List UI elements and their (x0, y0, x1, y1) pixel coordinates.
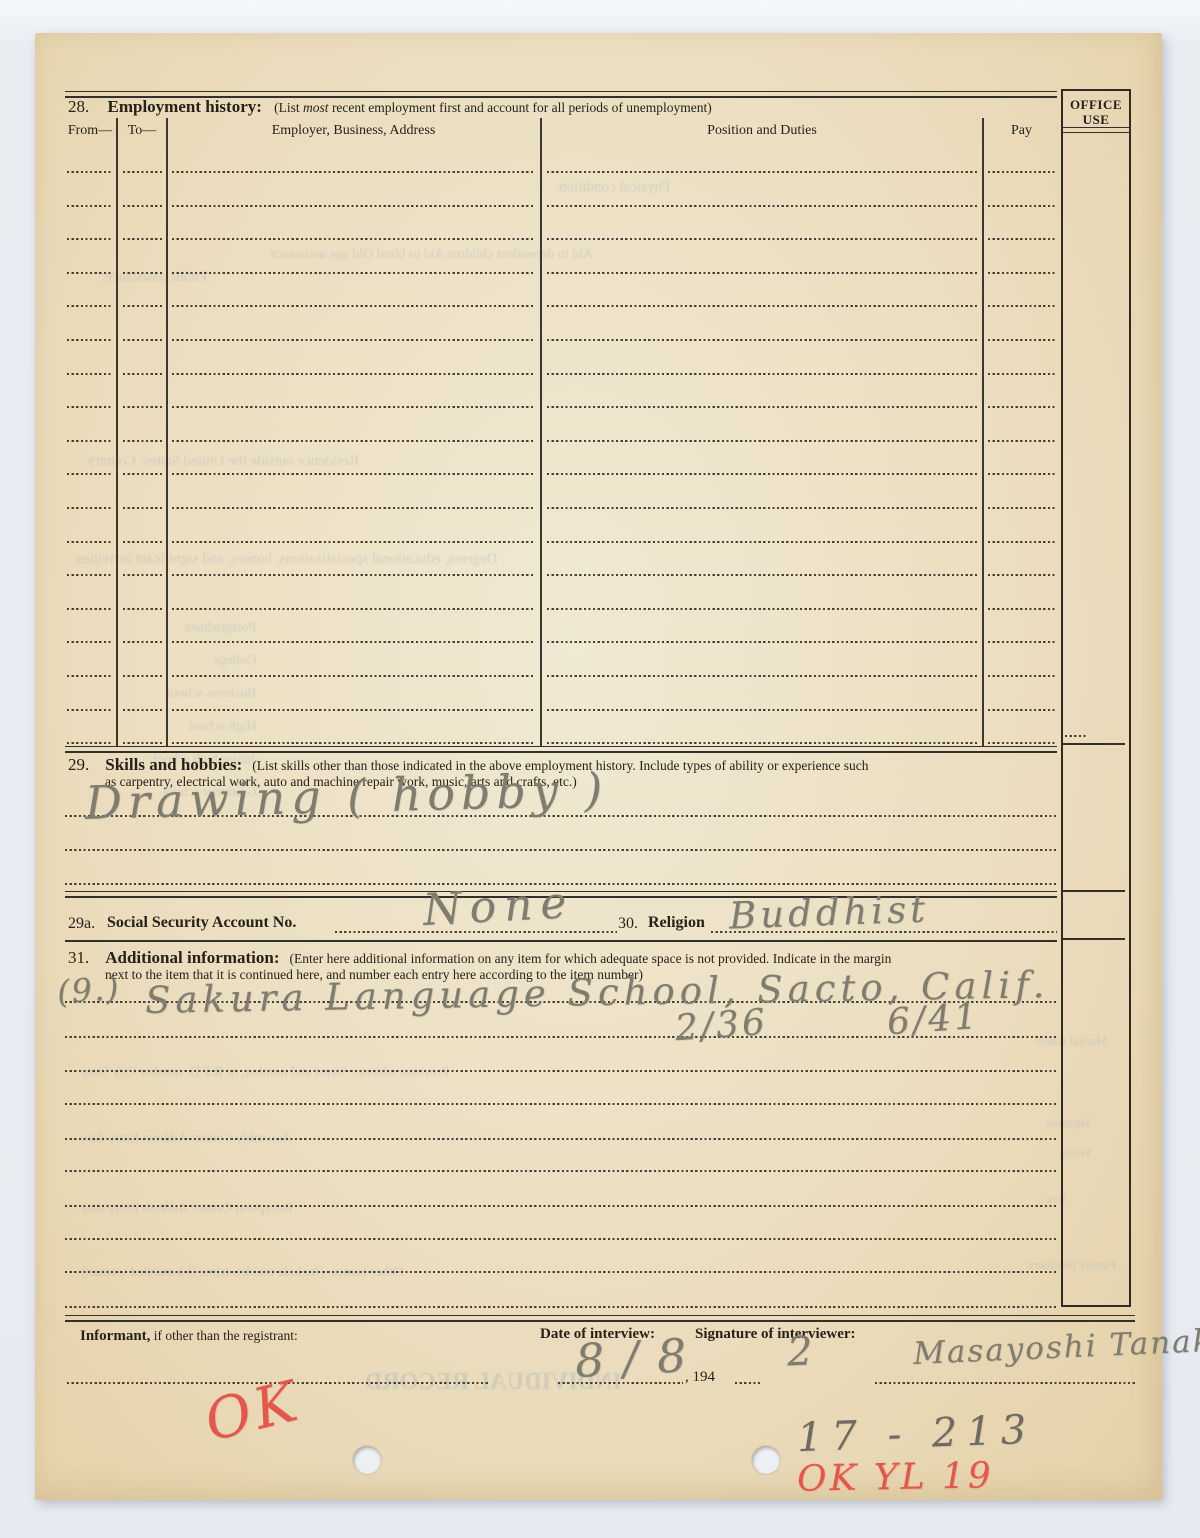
section28-instructions-pre: (List (274, 100, 303, 115)
table-bottom-rule (65, 746, 1057, 753)
employment-row-9-cell-1 (67, 440, 113, 442)
table-vline-to-employer (166, 118, 168, 746)
employment-row-8-cell-3 (172, 406, 535, 408)
punch-hole-right (752, 1446, 780, 1474)
employment-row-11-cell-4 (547, 507, 977, 509)
table-vline-from-to (116, 118, 118, 746)
employment-row-6-cell-3 (172, 339, 535, 341)
employment-row-6-cell-1 (67, 339, 113, 341)
employment-row-17-cell-5 (988, 709, 1056, 711)
office-use-header-rule (1063, 127, 1129, 133)
employment-row-14-cell-4 (547, 608, 977, 610)
scanned-form-page: Physical condition:Aid to dependent chil… (35, 33, 1162, 1500)
employment-row-5-cell-2 (123, 305, 163, 307)
employment-row-9-cell-2 (123, 440, 163, 442)
employment-row-18-cell-4 (547, 742, 977, 744)
employment-row-12-cell-2 (123, 541, 163, 543)
employment-row-3-cell-5 (988, 238, 1056, 240)
year-printed: , 194 (685, 1369, 715, 1386)
office-use-divider-3 (1063, 938, 1125, 940)
employment-row-4-cell-3 (172, 272, 535, 274)
section31-entry-margin-number: (9.) (56, 969, 122, 1011)
employment-row-14-cell-1 (67, 608, 113, 610)
employment-row-10-cell-1 (67, 473, 113, 475)
section28-instructions-italic: most (303, 100, 329, 115)
employment-row-1-cell-2 (123, 171, 163, 173)
employment-row-12-cell-4 (547, 541, 977, 543)
section29a-number: 29a. (68, 915, 95, 933)
employment-row-13-cell-1 (67, 574, 113, 576)
employment-row-2-cell-5 (988, 205, 1056, 207)
employment-row-18-cell-1 (67, 742, 113, 744)
column-header-employer: Employer, Business, Address (172, 123, 535, 139)
employment-row-9-cell-3 (172, 440, 535, 442)
employment-row-15-cell-2 (123, 641, 163, 643)
bleedthrough-text-2: Aid to dependent children Aid to blind O… (270, 247, 593, 263)
section28-title: Employment history: (108, 97, 262, 116)
employment-row-10-cell-5 (988, 473, 1056, 475)
employment-row-5-cell-3 (172, 305, 535, 307)
employment-row-15-cell-4 (547, 641, 977, 643)
employment-row-1-cell-3 (172, 171, 535, 173)
section31-number: 31. (68, 948, 89, 967)
employment-row-16-cell-1 (67, 675, 113, 677)
section28-instructions-post: recent employment first and account for … (329, 100, 712, 115)
year-writing-line (735, 1382, 761, 1384)
section31-line-3 (65, 1070, 1057, 1072)
section30-number: 30. (618, 915, 638, 933)
section29-title: Skills and hobbies: (105, 755, 242, 774)
section31-line-8 (65, 1238, 1057, 1240)
employment-row-2-cell-4 (547, 205, 977, 207)
table-vline-employer-position (540, 118, 542, 746)
section31-line-9 (65, 1271, 1057, 1273)
office-use-label-line2: USE (1063, 112, 1129, 128)
employment-row-13-cell-3 (172, 574, 535, 576)
employment-row-9-cell-4 (547, 440, 977, 442)
employment-row-11-cell-2 (123, 507, 163, 509)
employment-row-8-cell-4 (547, 406, 977, 408)
employment-row-14-cell-2 (123, 608, 163, 610)
employment-row-14-cell-5 (988, 608, 1056, 610)
employment-row-2-cell-2 (123, 205, 163, 207)
section31-line-10 (65, 1306, 1057, 1308)
column-header-pay: Pay (988, 123, 1055, 139)
employment-row-7-cell-2 (123, 373, 163, 375)
employment-row-11-cell-3 (172, 507, 535, 509)
employment-row-10-cell-3 (172, 473, 535, 475)
employment-row-1-cell-5 (988, 171, 1056, 173)
employment-row-17-cell-1 (67, 709, 113, 711)
section31-entry-date-to: 6/41 (886, 996, 981, 1043)
employment-row-18-cell-2 (123, 742, 163, 744)
employment-row-3-cell-1 (67, 238, 113, 240)
informant-label: Informant, if other than the registrant: (80, 1327, 298, 1345)
year-handwritten: 2 (786, 1329, 813, 1376)
office-use-divider-2 (1063, 890, 1125, 892)
signature-writing-line (875, 1382, 1135, 1384)
employment-row-16-cell-4 (547, 675, 977, 677)
employment-row-8-cell-1 (67, 406, 113, 408)
employment-row-15-cell-5 (988, 641, 1056, 643)
employment-row-14-cell-3 (172, 608, 535, 610)
office-use-label-line1: OFFICE (1063, 97, 1129, 113)
employment-row-5-cell-4 (547, 305, 977, 307)
employment-row-8-cell-2 (123, 406, 163, 408)
employment-row-12-cell-3 (172, 541, 535, 543)
employment-row-11-cell-5 (988, 507, 1056, 509)
section31-line-7 (65, 1205, 1057, 1207)
employment-row-4-cell-2 (123, 272, 163, 274)
employment-row-5-cell-1 (67, 305, 113, 307)
employment-row-16-cell-3 (172, 675, 535, 677)
column-header-to: To— (119, 123, 165, 139)
employment-row-17-cell-2 (123, 709, 163, 711)
employment-row-7-cell-1 (67, 373, 113, 375)
office-use-divider-1 (1063, 743, 1125, 745)
employment-row-4-cell-1 (67, 272, 113, 274)
section31-title: Additional information: (105, 948, 279, 967)
bleedthrough-text-5: Degrees, educational specializations, ho… (73, 551, 497, 568)
section31-instructions-line1: (Enter here additional information on an… (290, 951, 892, 966)
employment-row-4-cell-5 (988, 272, 1056, 274)
employment-row-9-cell-5 (988, 440, 1056, 442)
section31-entry-date-from: 2/36 (674, 1002, 769, 1049)
employment-row-4-cell-4 (547, 272, 977, 274)
employment-row-11-cell-1 (67, 507, 113, 509)
employment-row-6-cell-2 (123, 339, 163, 341)
date-handwritten: 8 / 8 (574, 1328, 690, 1388)
bleedthrough-text-4: Residence outside the United States: Cou… (87, 453, 359, 470)
informant-label-rest: if other than the registrant: (150, 1328, 297, 1343)
employment-row-12-cell-1 (67, 541, 113, 543)
employment-row-7-cell-4 (547, 373, 977, 375)
employment-row-10-cell-4 (547, 473, 977, 475)
employment-row-3-cell-3 (172, 238, 535, 240)
employment-row-6-cell-4 (547, 339, 977, 341)
employment-row-2-cell-3 (172, 205, 535, 207)
employment-row-16-cell-5 (988, 675, 1056, 677)
employment-row-3-cell-4 (547, 238, 977, 240)
employment-row-15-cell-3 (172, 641, 535, 643)
section31-line-6 (65, 1170, 1057, 1172)
bleedthrough-text-1: Physical condition: (555, 179, 670, 196)
office-use-dotted-mark (1065, 735, 1087, 737)
employment-row-18-cell-5 (988, 742, 1056, 744)
employment-row-6-cell-5 (988, 339, 1056, 341)
employment-row-10-cell-2 (123, 473, 163, 475)
employment-row-13-cell-2 (123, 574, 163, 576)
employment-row-16-cell-2 (123, 675, 163, 677)
bleedthrough-text-9: Reception Center: Address Entry date (81, 1201, 293, 1217)
employment-row-18-cell-3 (172, 742, 535, 744)
footer-top-rule (65, 1315, 1135, 1322)
employment-row-17-cell-3 (172, 709, 535, 711)
employment-row-13-cell-5 (988, 574, 1056, 576)
ok-annotation-red-2: OK YL 19 (797, 1455, 994, 1499)
section31-line-4 (65, 1103, 1057, 1105)
employment-row-13-cell-4 (547, 574, 977, 576)
employment-row-12-cell-5 (988, 541, 1056, 543)
employment-row-1-cell-4 (547, 171, 977, 173)
section29a-handwritten-value: None (422, 877, 576, 936)
section30-label: Religion (648, 914, 705, 932)
signature-of-interviewer-label: Signature of interviewer: (695, 1326, 856, 1343)
column-header-position: Position and Duties (547, 123, 977, 139)
employment-row-2-cell-1 (67, 205, 113, 207)
office-use-box: OFFICE USE (1061, 89, 1131, 1307)
employment-row-7-cell-5 (988, 373, 1056, 375)
section28-heading: 28. Employment history: (List most recen… (68, 97, 712, 117)
employment-row-3-cell-2 (123, 238, 163, 240)
bleedthrough-text-7: Previous address: Street and number, or … (81, 1065, 449, 1081)
section31-heading: 31. Additional information: (Enter here … (68, 948, 891, 968)
section30-bottom-rule (65, 940, 1057, 942)
employment-row-17-cell-4 (547, 709, 977, 711)
column-header-from: From— (65, 123, 115, 139)
employment-row-1-cell-1 (67, 171, 113, 173)
section30-handwritten-value: Buddhist (728, 888, 929, 938)
punch-hole-left (353, 1446, 381, 1474)
employment-row-5-cell-5 (988, 305, 1056, 307)
table-vline-position-pay (982, 118, 984, 746)
section31-line-5 (65, 1138, 1057, 1140)
employment-row-8-cell-5 (988, 406, 1056, 408)
employment-row-7-cell-3 (172, 373, 535, 375)
case-number-pencil: 17 - 213 (796, 1407, 1036, 1461)
section29-number: 29. (68, 755, 89, 774)
section28-number: 28. (68, 97, 89, 116)
employment-row-15-cell-1 (67, 641, 113, 643)
section29a-label: Social Security Account No. (107, 914, 296, 932)
bleedthrough-text-10: Other names: (Include maiden name if a m… (81, 1265, 403, 1281)
section29-line-2 (65, 849, 1057, 851)
informant-label-bold: Informant, (80, 1328, 150, 1344)
